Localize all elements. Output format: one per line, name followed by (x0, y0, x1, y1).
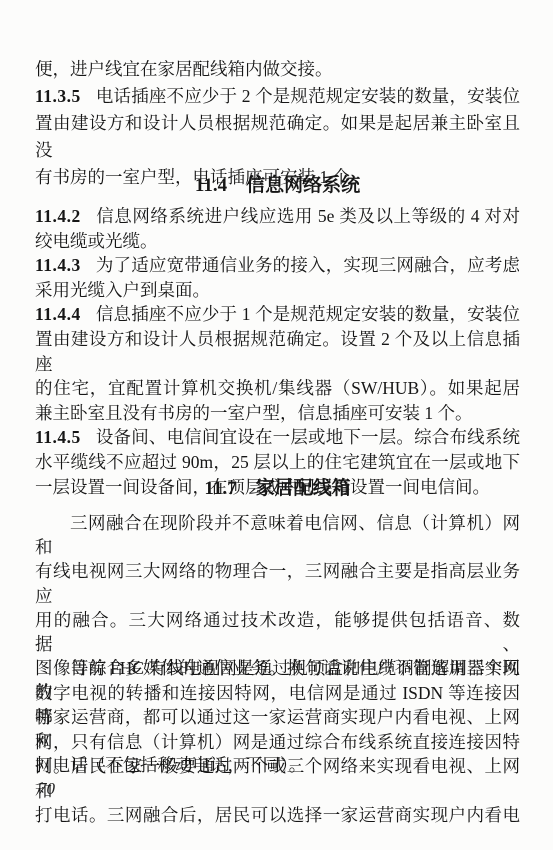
line-text: 目前 FHC 有线电视网是通过机顶盒和电缆调制解调器实现 (70, 658, 520, 678)
clause-number: 11.3.5 (35, 86, 81, 106)
clause-number: 11.4.4 (35, 304, 81, 324)
text-line: 便，进户线宜在家居配线箱内做交接。 (35, 56, 520, 83)
line-text: 便，进户线宜在家居配线箱内做交接。 (35, 59, 333, 79)
section-number: 11.7 (204, 478, 236, 499)
line-text: 用的融合。三大网络通过技术改造，能够提供包括语音、数据、 (35, 610, 520, 654)
text-line: 11.4.3为了适应宽带通信业务的接入，实现三网融合，应考虑 (35, 253, 520, 278)
section-title: 信息网络系统 (246, 175, 360, 196)
section-heading-11-4: 11.4信息网络系统 (35, 172, 520, 200)
line-text: 数字电视的转播和连接因特网，电信网是通过 ISDN 等连接因特 (35, 683, 520, 728)
line-text: 绞电缆或光缆。 (35, 231, 158, 251)
text-line: 有线电视网三大网络的物理合一，三网融合主要是指高层业务应 (35, 559, 520, 607)
line-text: 兼主卧室且没有书房的一室户型，信息插座可安装 1 个。 (35, 403, 473, 423)
line-text: 置由建设方和设计人员根据规范确定。如果是起居兼主卧室且没 (35, 113, 520, 160)
text-line: 目前 FHC 有线电视网是通过机顶盒和电缆调制解调器实现 (35, 656, 520, 681)
clause-number: 11.4.2 (35, 206, 81, 226)
section-title: 家居配线箱 (256, 478, 351, 499)
text-line: 打电话。三网融合后，居民可以选择一家运营商实现户内看电 (35, 803, 520, 828)
text-line: 采用光缆入户到桌面。 (35, 278, 520, 303)
line-text: 信息插座不应少于 1 个是规范规定安装的数量，安装位 (96, 304, 520, 324)
text-line: 网，只有信息（计算机）网是通过综合布线系统直接连接因特 (35, 730, 520, 755)
line-text: 为了适应宽带通信业务的接入，实现三网融合，应考虑 (96, 255, 520, 275)
text-line: 11.4.4信息插座不应少于 1 个是规范规定安装的数量，安装位 (35, 302, 520, 327)
line-text: 水平缆线不应超过 90m，25 层以上的住宅建筑宜在一层或地下 (35, 452, 520, 472)
line-text: 置由建设方和设计人员根据规范确定。设置 2 个及以上信息插座 (35, 329, 520, 374)
line-text: 网。居民在家一般要通过两个或三个网络来实现看电视、上网和 (35, 756, 520, 801)
paragraph-block: 11.4.2信息网络系统进户线应选用 5e 类及以上等级的 4 对对绞电缆或光缆… (35, 204, 520, 499)
text-line: 11.4.2信息网络系统进户线应选用 5e 类及以上等级的 4 对对 (35, 204, 520, 229)
text-line: 置由建设方和设计人员根据规范确定。设置 2 个及以上信息插座 (35, 327, 520, 376)
line-text: 采用光缆入户到桌面。 (35, 280, 210, 300)
text-line: 数字电视的转播和连接因特网，电信网是通过 ISDN 等连接因特 (35, 681, 520, 730)
line-text: 设备间、电信间宜设在一层或地下一层。综合布线系统 (96, 427, 520, 447)
clause-number: 11.4.3 (35, 255, 81, 275)
line-text: 有线电视网三大网络的物理合一，三网融合主要是指高层业务应 (35, 561, 520, 605)
line-text: 的住宅，宜配置计算机交换机/集线器（SW/HUB）。如果起居 (35, 378, 520, 398)
text-line: 网。居民在家一般要通过两个或三个网络来实现看电视、上网和 (35, 754, 520, 803)
text-line: 的住宅，宜配置计算机交换机/集线器（SW/HUB）。如果起居 (35, 376, 520, 401)
text-line: 兼主卧室且没有书房的一室户型，信息插座可安装 1 个。 (35, 401, 520, 426)
text-line: 11.3.5电话插座不应少于 2 个是规范规定安装的数量，安装位 (35, 83, 520, 110)
line-text: 信息网络系统进户线应选用 5e 类及以上等级的 4 对对 (96, 206, 520, 226)
line-text: 电话插座不应少于 2 个是规范规定安装的数量，安装位 (96, 86, 520, 106)
line-text: 三网融合在现阶段并不意味着电信网、信息（计算机）网和 (35, 513, 520, 557)
line-text: 打电话。三网融合后，居民可以选择一家运营商实现户内看电 (35, 805, 520, 825)
text-line: 三网融合在现阶段并不意味着电信网、信息（计算机）网和 (35, 511, 520, 559)
section-heading-11-7: 11.7家居配线箱 (35, 475, 520, 503)
paragraph-block: 目前 FHC 有线电视网是通过机顶盒和电缆调制解调器实现数字电视的转播和连接因特… (35, 656, 520, 828)
paragraph-block: 便，进户线宜在家居配线箱内做交接。11.3.5电话插座不应少于 2 个是规范规定… (35, 56, 520, 191)
document-page: 便，进户线宜在家居配线箱内做交接。11.3.5电话插座不应少于 2 个是规范规定… (0, 0, 553, 850)
line-text: 网，只有信息（计算机）网是通过综合布线系统直接连接因特 (35, 732, 520, 752)
text-line: 用的融合。三大网络通过技术改造，能够提供包括语音、数据、 (35, 608, 520, 656)
page-number: 70 (38, 779, 55, 799)
text-line: 绞电缆或光缆。 (35, 229, 520, 254)
text-line: 水平缆线不应超过 90m，25 层以上的住宅建筑宜在一层或地下 (35, 450, 520, 475)
text-line: 11.4.5设备间、电信间宜设在一层或地下一层。综合布线系统 (35, 425, 520, 450)
clause-number: 11.4.5 (35, 427, 81, 447)
section-number: 11.4 (195, 175, 227, 196)
text-line: 置由建设方和设计人员根据规范确定。如果是起居兼主卧室且没 (35, 110, 520, 164)
